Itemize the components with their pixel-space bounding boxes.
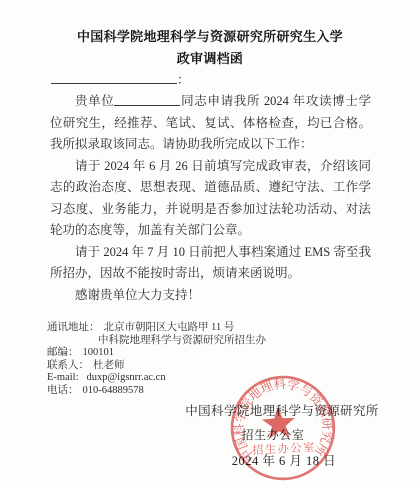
paragraph-unit-request: 贵单位同志申请我所 2024 年攻读博士学位研究生，经推荐、笔试、复试、体格检查… (50, 91, 371, 156)
addressee-colon: ： (177, 73, 190, 87)
contact-address-label: 通讯地址： (47, 322, 100, 335)
unit-name-blank (114, 92, 180, 106)
contact-postcode-label: 邮编： (47, 347, 79, 360)
contact-email-value: duxp@igsnrr.ac.cn (87, 372, 166, 385)
contact-address: 通讯地址： 北京市朝阳区大屯路甲 11 号 (47, 322, 266, 335)
unit-prefix: 贵单位 (75, 94, 114, 108)
doc-title-line1: 中国科学院地理科学与资源研究所研究生入学 (0, 26, 420, 45)
paragraph-review-form: 请于 2024 年 6 月 26 日前填写完成政审表，介绍该同志的政治态度、思想… (50, 156, 371, 242)
contact-person: 联系人： 杜老师 (47, 360, 266, 373)
contact-phone-value: 010-64889578 (83, 385, 144, 398)
contact-postcode-value: 100101 (83, 347, 115, 360)
letter-body: 贵单位同志申请我所 2024 年攻读博士学位研究生，经推荐、笔试、复试、体格检查… (50, 91, 371, 306)
contact-person-label: 联系人： (47, 360, 89, 373)
contact-postcode: 邮编： 100101 (47, 347, 266, 360)
contact-email-label: E-mail: (47, 372, 79, 385)
contact-person-value: 杜老师 (93, 360, 125, 373)
contact-address-line2: 中科院地理科学与资源研究所招生办 (98, 335, 266, 348)
official-seal-stamp: 中国科学院地理科学与资源研究所 招生办公室 (227, 370, 339, 487)
contact-address-value: 北京市朝阳区大屯路甲 11 号 (104, 322, 235, 335)
contact-phone-label: 电话： (47, 385, 79, 398)
doc-title-line2: 政审调档函 (0, 48, 420, 67)
document-page: 中国科学院地理科学与资源研究所研究生入学 政审调档函 ： 贵单位同志申请我所 2… (0, 0, 420, 488)
seal-office-text: 招生办公室 (252, 440, 316, 457)
addressee-blank-line (51, 70, 177, 84)
paragraph-archive-mailing: 请于 2024 年 7 月 10 日前把人事档案通过 EMS 寄至我所招办，因故… (50, 242, 371, 285)
seal-star-icon (261, 406, 296, 439)
paragraph-thanks: 感谢贵单位大力支持！ (50, 285, 371, 307)
addressee-line: ： (51, 70, 190, 86)
